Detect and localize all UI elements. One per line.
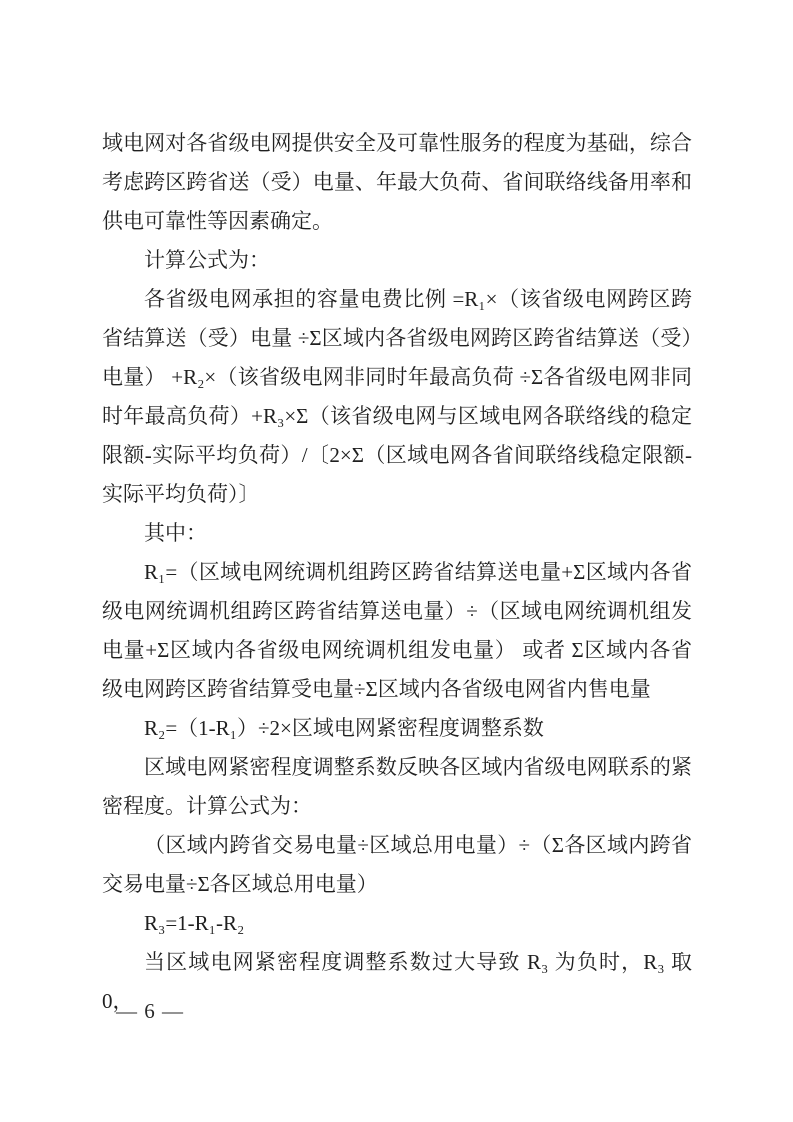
body-paragraph-adjustment-coefficient-formula: （区域内跨省交易电量÷区域总用电量）÷（Σ各区域内跨省交易电量÷Σ各区域总用电量… (102, 826, 692, 904)
document-body: 域电网对各省级电网提供安全及可靠性服务的程度为基础，综合考虑跨区跨省送（受）电量… (102, 124, 692, 1021)
body-paragraph-r1-definition: R₁=（区域电网统调机组跨区跨省结算送电量+Σ区域内各省级电网统调机组跨区跨省结… (102, 553, 692, 709)
page-number: — 6 — (116, 996, 184, 1026)
body-paragraph-adjustment-coefficient-intro: 区域电网紧密程度调整系数反映各区域内省级电网联系的紧密程度。计算公式为： (102, 748, 692, 826)
body-paragraph-continuation: 域电网对各省级电网提供安全及可靠性服务的程度为基础，综合考虑跨区跨省送（受）电量… (102, 124, 692, 241)
body-paragraph-capacity-fee-formula: 各省级电网承担的容量电费比例 =R₁×（该省级电网跨区跨省结算送（受）电量 ÷Σ… (102, 280, 692, 514)
body-paragraph-r3-negative-rule: 当区域电网紧密程度调整系数过大导致 R₃ 为负时，R₃ 取 0， (102, 943, 692, 1021)
body-paragraph-r3-definition: R₃=1-R₁-R₂ (102, 904, 692, 943)
document-page: 域电网对各省级电网提供安全及可靠性服务的程度为基础，综合考虑跨区跨省送（受）电量… (0, 0, 793, 1122)
body-paragraph-formula-intro: 计算公式为： (102, 241, 692, 280)
body-paragraph-among-which: 其中： (102, 514, 692, 553)
body-paragraph-r2-definition: R₂=（1-R₁）÷2×区域电网紧密程度调整系数 (102, 709, 692, 748)
